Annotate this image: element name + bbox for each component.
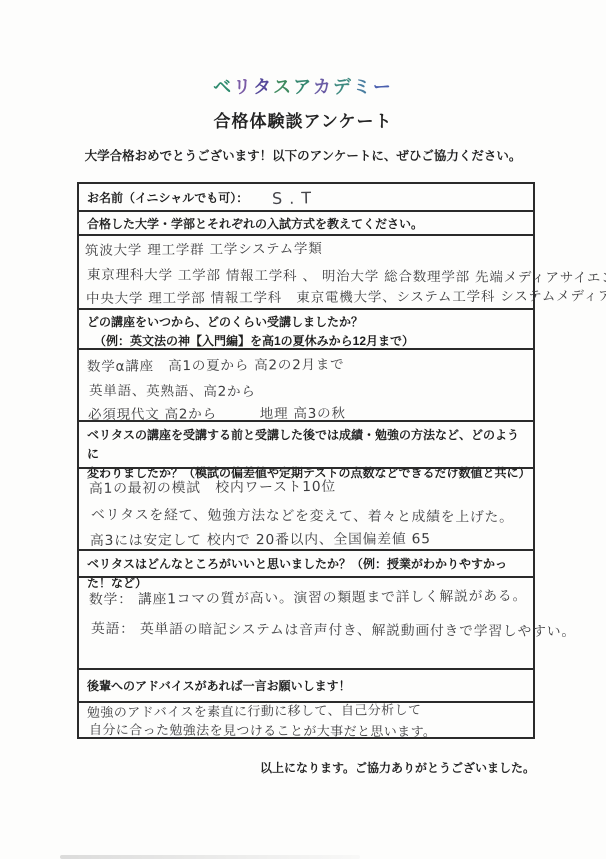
answer-results: 高1の最初の模試 校内ワースト10位 ベリタスを経て、勉強方法などを変えて、着々… (79, 467, 533, 549)
handwritten-answer-line: 勉強のアドバイスを素直に行動に移して、自己分析して (87, 701, 533, 722)
scan-artifact (60, 855, 360, 859)
handwritten-answer-line: 数学α講座 高1の夏から 高2の2月まで (87, 351, 533, 379)
handwritten-answer-line: 筑波大学 理工学群 工学システム学類 (85, 235, 533, 263)
question-advice: 後輩へのアドバイスがあれば一言お願いします！ (79, 668, 533, 701)
answer-good-points: 数学： 講座1コマの質が高い。演習の類題まで詳しく解説がある。 英語： 英単語の… (79, 576, 533, 668)
scanned-questionnaire-sheet: ベリタスアカデミー 合格体験談アンケート 大学合格おめでとうございます！以下のア… (0, 0, 606, 859)
question-text: 合格した大学・学部とそれぞれの入試方式を教えてください。 (87, 215, 525, 234)
question-text: どの講座をいつから、どのくらい受講しましたか？ (87, 313, 525, 332)
answer-advice: 勉強のアドバイスを素直に行動に移して、自己分析して 自分に合った勉強法を見つける… (79, 701, 533, 737)
question-text: ベリタスの講座を受講する前と受講した後では成績・勉強の方法など、どのように (87, 426, 525, 464)
question-universities: 合格した大学・学部とそれぞれの入試方式を教えてください。 (79, 210, 533, 234)
answer-courses: 数学α講座 高1の夏から 高2の2月まで 英単語、英熟語、高2から 必須現代文 … (79, 348, 533, 420)
questionnaire-table: お名前（イニシャルでも可）：S.T 合格した大学・学部とそれぞれの入試方式を教え… (77, 182, 535, 739)
question-good-points: ベリタスはどんなところがいいと思いましたか？（例：授業がわかりやすかった！など） (79, 549, 533, 576)
veritas-academy-logo: ベリタスアカデミー (0, 0, 606, 98)
intro-text: 大学合格おめでとうございます！以下のアンケートに、ぜひご協力ください。 (0, 148, 606, 164)
handwritten-answer-line: 自分に合った勉強法を見つけることが大事だと思います。 (87, 722, 533, 742)
handwritten-answer-line: 数学： 講座1コマの質が高い。演習の類題まで詳しく解説がある。 (89, 582, 533, 615)
form-title: 合格体験談アンケート (0, 110, 606, 134)
question-results: ベリタスの講座を受講する前と受講した後では成績・勉強の方法など、どのように 変わ… (79, 420, 533, 467)
name-value-handwritten: S.T (272, 186, 318, 211)
name-row: お名前（イニシャルでも可）：S.T (79, 184, 533, 210)
question-courses: どの講座をいつから、どのくらい受講しましたか？ （例：英文法の神【入門編】を高1… (79, 308, 533, 348)
handwritten-answer-line: 高1の最初の模試 校内ワースト10位 (89, 472, 533, 502)
question-text: 後輩へのアドバイスがあれば一言お願いします！ (87, 677, 525, 696)
closing-text: 以上になります。ご協力ありがとうございました。 (77, 759, 535, 776)
name-label: お名前（イニシャルでも可）： (87, 191, 248, 205)
handwritten-answer-line: 英語： 英単語の暗記システムは音声付き、解説動画付きで学習しやすい。 (89, 615, 533, 647)
answer-universities: 筑波大学 理工学群 工学システム学類 東京理科大学 工学部 情報工学科 、 明治… (79, 234, 533, 308)
